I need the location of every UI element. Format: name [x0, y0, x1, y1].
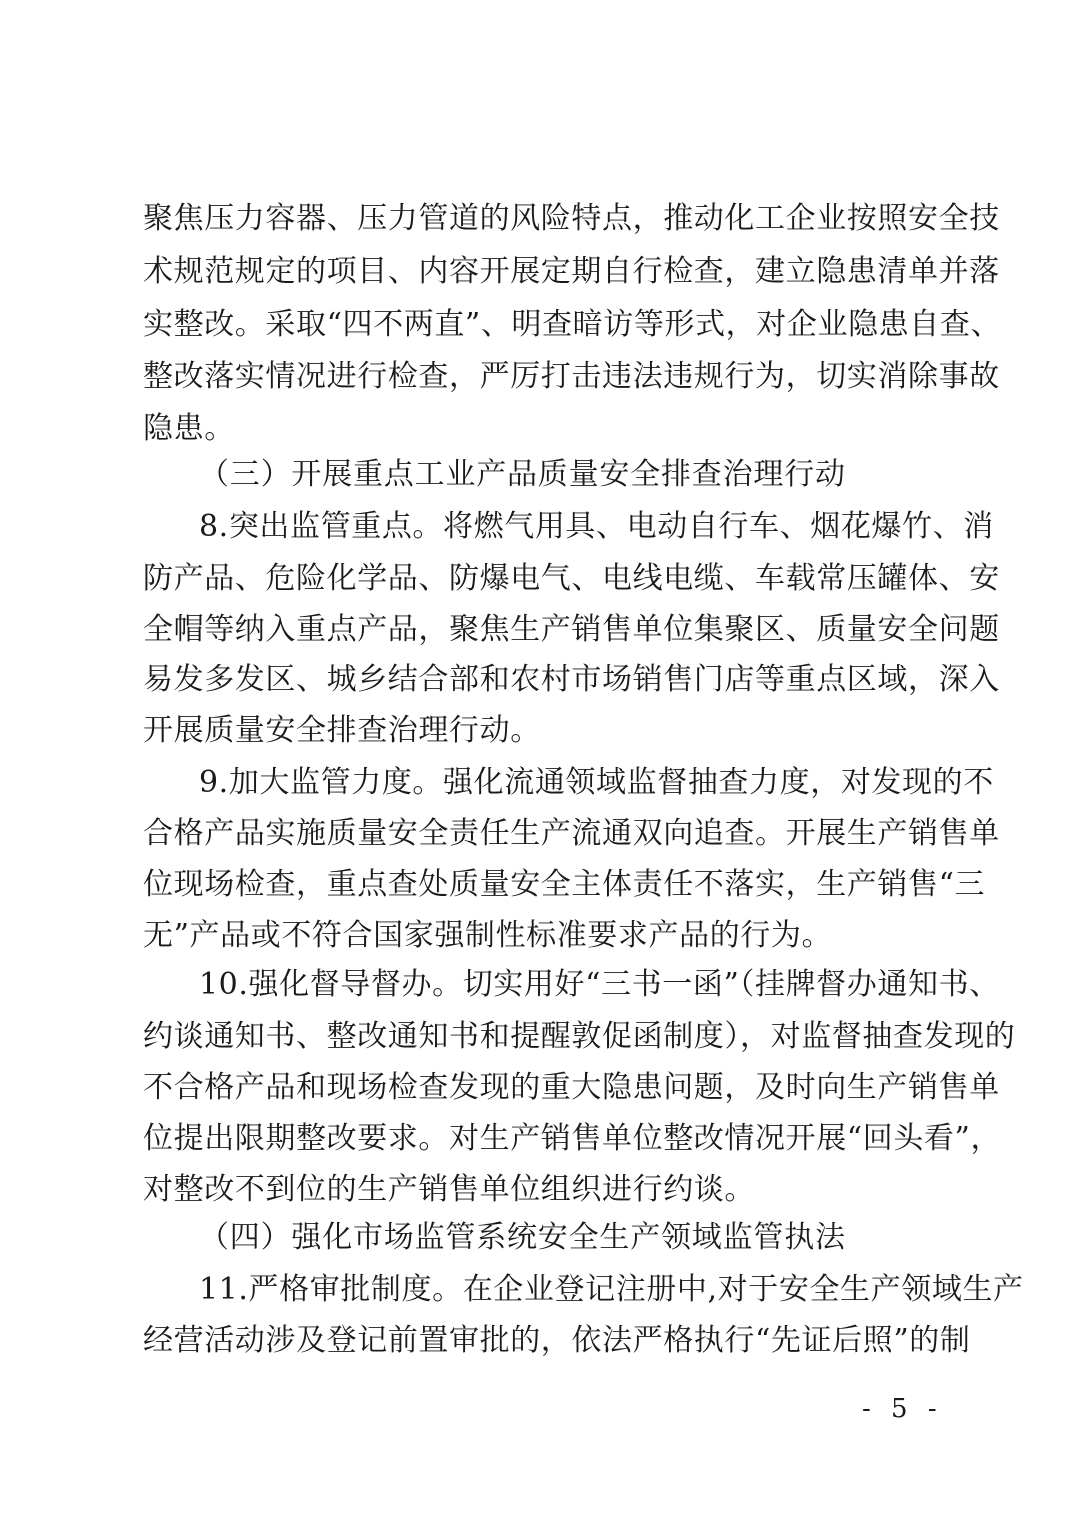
paragraph-line: 位提出限期整改要求。对生产销售单位整改情况开展“回头看”， [143, 1120, 923, 1158]
paragraph-line: 经营活动涉及登记前置审批的，依法严格执行“先证后照”的制 [143, 1322, 923, 1360]
paragraph-line: 防产品、危险化学品、防爆电气、电线电缆、车载常压罐体、安 [143, 560, 923, 598]
paragraph-line: 合格产品实施质量安全责任生产流通双向追查。开展生产销售单 [143, 815, 923, 853]
paragraph-line: 不合格产品和现场检查发现的重大隐患问题，及时向生产销售单 [143, 1069, 923, 1107]
paragraph-line: 隐患。 [143, 410, 923, 448]
paragraph-line: 10.强化督导督办。切实用好“三书一函”（挂牌督办通知书、 [199, 966, 979, 1004]
section-heading: （四）强化市场监管系统安全生产领域监管执法 [199, 1219, 979, 1257]
paragraph-line: 聚焦压力容器、压力管道的风险特点，推动化工企业按照安全技 [143, 200, 923, 238]
paragraph-line: 无”产品或不符合国家强制性标准要求产品的行为。 [143, 917, 923, 955]
paragraph-line: 位现场检查，重点查处质量安全主体责任不落实，生产销售“三 [143, 866, 923, 904]
paragraph-line: 术规范规定的项目、内容开展定期自行检查，建立隐患清单并落 [143, 253, 923, 291]
paragraph-line: 对整改不到位的生产销售单位组织进行约谈。 [143, 1171, 923, 1209]
paragraph-line: 8.突出监管重点。将燃气用具、电动自行车、烟花爆竹、消 [199, 508, 979, 546]
paragraph-line: 11.严格审批制度。在企业登记注册中,对于安全生产领域生产 [199, 1271, 979, 1309]
page-number: - 5 - [862, 1394, 943, 1424]
paragraph-line: 约谈通知书、整改通知书和提醒敦促函制度），对监督抽查发现的 [143, 1018, 923, 1056]
paragraph-line: 易发多发区、城乡结合部和农村市场销售门店等重点区域，深入 [143, 661, 923, 699]
document-page: - 5 - 聚焦压力容器、压力管道的风险特点，推动化工企业按照安全技术规范规定的… [0, 0, 1074, 1520]
paragraph-line: 9.加大监管力度。强化流通领域监督抽查力度，对发现的不 [199, 764, 979, 802]
paragraph-line: 开展质量安全排查治理行动。 [143, 712, 923, 750]
paragraph-line: 整改落实情况进行检查，严厉打击违法违规行为，切实消除事故 [143, 358, 923, 396]
section-heading: （三）开展重点工业产品质量安全排查治理行动 [199, 456, 979, 494]
paragraph-line: 全帽等纳入重点产品，聚焦生产销售单位集聚区、质量安全问题 [143, 611, 923, 649]
paragraph-line: 实整改。采取“四不两直”、明查暗访等形式，对企业隐患自查、 [143, 306, 923, 344]
